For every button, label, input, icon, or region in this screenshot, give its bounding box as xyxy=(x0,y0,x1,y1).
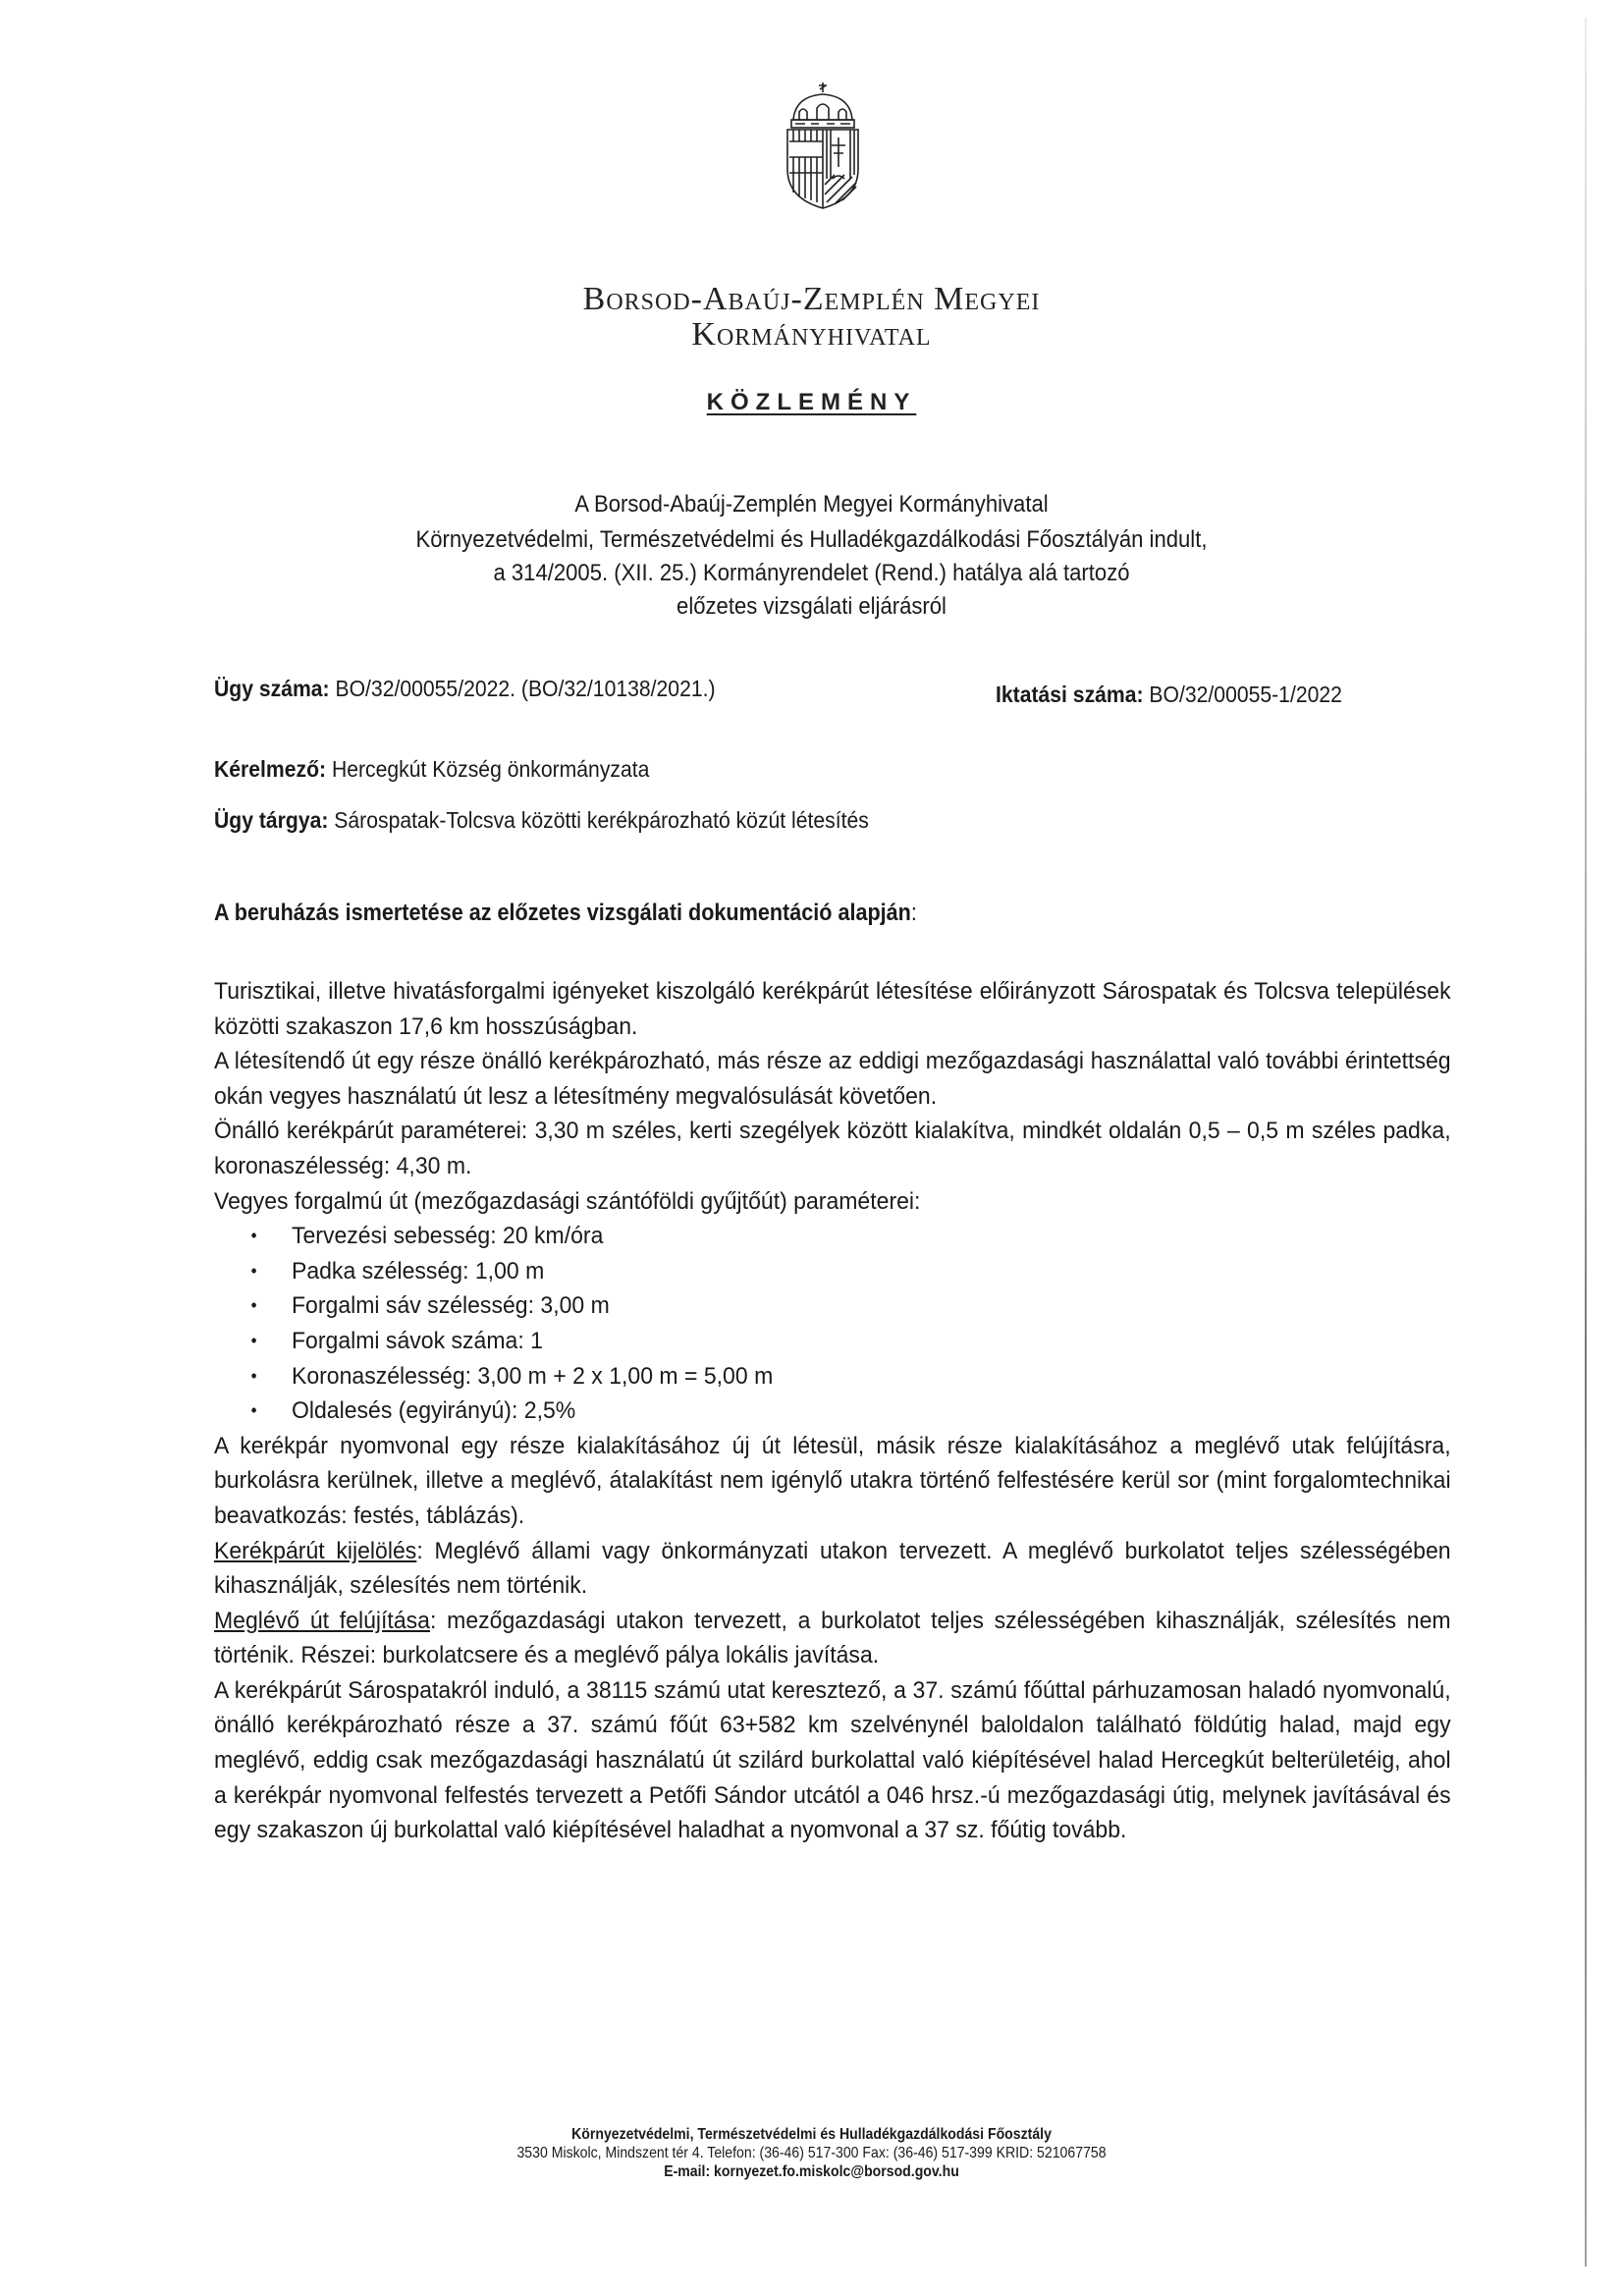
paragraph-7: Meglévő út felújítása: mezőgazdasági uta… xyxy=(214,1604,1451,1673)
case-number-value: BO/32/00055/2022. (BO/32/10138/2021.) xyxy=(335,676,715,701)
subject-value: Sárospatak-Tolcsva közötti kerékpározhat… xyxy=(334,807,869,833)
list-item: Padka szélesség: 1,00 m xyxy=(251,1254,1451,1289)
intro-line-4: előzetes vizsgálati eljárásról xyxy=(65,589,1558,625)
filing-number-value: BO/32/00055-1/2022 xyxy=(1149,682,1341,707)
paragraph-3: Önálló kerékpárút paraméterei: 3,30 m sz… xyxy=(214,1114,1451,1183)
list-item: Oldalesés (egyirányú): 2,5% xyxy=(251,1394,1451,1429)
intro-line-3: a 314/2005. (XII. 25.) Kormányrendelet (… xyxy=(65,556,1558,591)
subject: Ügy tárgya: Sárospatak-Tolcsva közötti k… xyxy=(214,807,869,834)
case-number-label: Ügy száma: xyxy=(214,676,330,701)
paragraph-5: A kerékpár nyomvonal egy része kialakítá… xyxy=(214,1429,1451,1534)
paragraph-2: A létesítendő út egy része önálló kerékp… xyxy=(214,1044,1451,1114)
footer-department: Környezetvédelmi, Természetvédelmi és Hu… xyxy=(97,2125,1526,2144)
subject-label: Ügy tárgya: xyxy=(214,807,328,833)
intro-line-2: Környezetvédelmi, Természetvédelmi és Hu… xyxy=(65,522,1558,558)
list-item: Tervezési sebesség: 20 km/óra xyxy=(251,1219,1451,1254)
footer-email-line: E-mail: kornyezet.fo.miskolc@borsod.gov.… xyxy=(97,2162,1526,2181)
filing-number-label: Iktatási száma: xyxy=(996,682,1144,707)
list-item: Koronaszélesség: 3,00 m + 2 x 1,00 m = 5… xyxy=(251,1359,1451,1394)
paragraph-8: A kerékpárút Sárospatakról induló, a 381… xyxy=(214,1673,1451,1848)
section-heading: A beruházás ismertetése az előzetes vizs… xyxy=(214,900,917,927)
org-name-line2: Kormányhivatal xyxy=(0,316,1623,354)
org-name-line1: Borsod-Abaúj-Zemplén Megyei xyxy=(0,281,1623,318)
paragraph-1: Turisztikai, illetve hivatásforgalmi igé… xyxy=(214,974,1451,1044)
email-link[interactable]: kornyezet.fo.miskolc@borsod.gov.hu xyxy=(714,2163,959,2180)
parameter-list: Tervezési sebesség: 20 km/óra Padka szél… xyxy=(214,1219,1451,1429)
footer-address: 3530 Miskolc, Mindszent tér 4. Telefon: … xyxy=(97,2144,1526,2162)
bike-lane-designation-label: Kerékpárút kijelölés xyxy=(214,1538,416,1564)
applicant-value: Hercegkút Község önkormányzata xyxy=(332,756,649,782)
description-body: Turisztikai, illetve hivatásforgalmi igé… xyxy=(214,974,1451,1848)
road-renovation-label: Meglévő út felújítása xyxy=(214,1608,430,1634)
list-item: Forgalmi sávok száma: 1 xyxy=(251,1324,1451,1359)
footer: Környezetvédelmi, Természetvédelmi és Hu… xyxy=(97,2125,1526,2181)
case-number: Ügy száma: BO/32/00055/2022. (BO/32/1013… xyxy=(214,676,716,702)
hungarian-coat-of-arms-icon xyxy=(778,81,868,210)
paragraph-6: Kerékpárút kijelölés: Meglévő állami vag… xyxy=(214,1534,1451,1604)
paragraph-4: Vegyes forgalmú út (mezőgazdasági szántó… xyxy=(214,1184,1451,1220)
applicant: Kérelmező: Hercegkút Község önkormányzat… xyxy=(214,756,649,783)
filing-number: Iktatási száma: BO/32/00055-1/2022 xyxy=(996,682,1342,708)
applicant-label: Kérelmező: xyxy=(214,756,326,782)
intro-line-1: A Borsod-Abaúj-Zemplén Megyei Kormányhiv… xyxy=(65,487,1558,522)
scan-edge-line xyxy=(1585,18,1587,2267)
document-title: KÖZLEMÉNY xyxy=(0,389,1623,416)
list-item: Forgalmi sáv szélesség: 3,00 m xyxy=(251,1288,1451,1324)
